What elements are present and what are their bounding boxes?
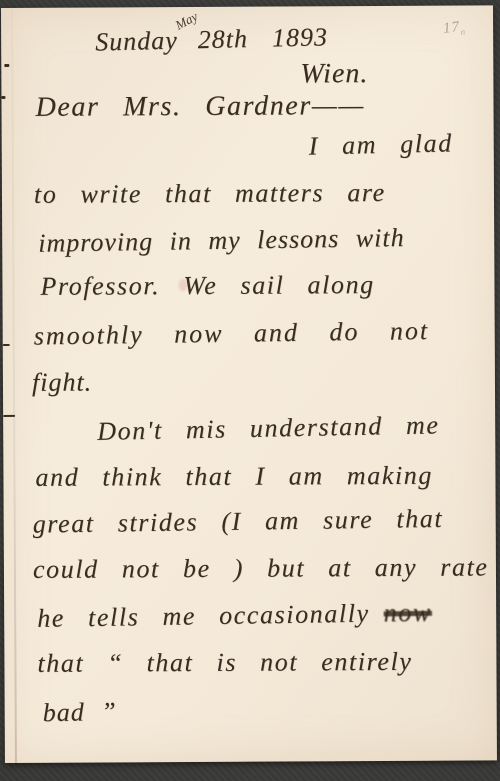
letter-line: smoothly now and do not [34, 316, 430, 352]
letter-line-text: fight. [32, 368, 92, 397]
letter-line: he tells me occasionallynow [37, 598, 432, 634]
folio-tick-mark: n [460, 26, 467, 37]
left-fold-crease [11, 8, 17, 763]
letter-line: that “ that is not entirely [37, 647, 412, 679]
date-day-name: Sunday [95, 26, 178, 58]
letter-line-text: great strides (I am sure that [33, 504, 444, 539]
date-day: 28th [197, 24, 248, 55]
letter-line: could not be ) but at any rate [33, 552, 489, 584]
letter-line-text: and think that I am making [35, 461, 433, 492]
ink-speck [4, 64, 9, 67]
folio-number: 17 [442, 19, 461, 37]
letter-line-text: smoothly now and do not [34, 316, 430, 351]
letter-line: bad ” [42, 697, 117, 728]
letter-line-text: bad ” [42, 697, 117, 727]
letter-line: I am glad [308, 128, 453, 161]
ink-speck [1, 96, 5, 99]
letter-line-text: improving in my lessons with [38, 223, 405, 258]
letter-line: fight. [32, 368, 92, 398]
letter-sheet: 17n Sunday28th1893 May Wien. Dear Mrs. G… [1, 5, 497, 763]
letter-line: Professor. We sail along [40, 270, 374, 302]
letter-line-text: Don't mis understand me [97, 410, 440, 446]
date-year: 1893 [272, 22, 329, 53]
folio-number-annotation: 17n [442, 18, 466, 37]
date-line: Sunday28th1893 [95, 22, 328, 57]
letter-line-text: I am glad [308, 128, 453, 160]
letter-line-text: to write that matters are [34, 178, 386, 209]
ink-speck [3, 344, 10, 346]
letter-line-text: Professor. We sail along [40, 270, 374, 301]
place-line: Wien. [300, 58, 368, 90]
letter-line-text: he tells me occasionally [37, 599, 370, 633]
letter-line: great strides (I am sure that [33, 504, 444, 540]
salutation-line: Dear Mrs. Gardner—— [35, 90, 364, 124]
letter-line: to write that matters are [34, 178, 386, 210]
struck-word: now [383, 598, 432, 628]
letter-line-text: that “ that is not entirely [37, 647, 412, 678]
ink-speck [3, 415, 15, 417]
letter-line: Don't mis understand me [97, 410, 440, 447]
letter-line: improving in my lessons with [38, 223, 405, 259]
letter-line: and think that I am making [35, 461, 433, 493]
letter-line-text: could not be ) but at any rate [33, 552, 489, 583]
